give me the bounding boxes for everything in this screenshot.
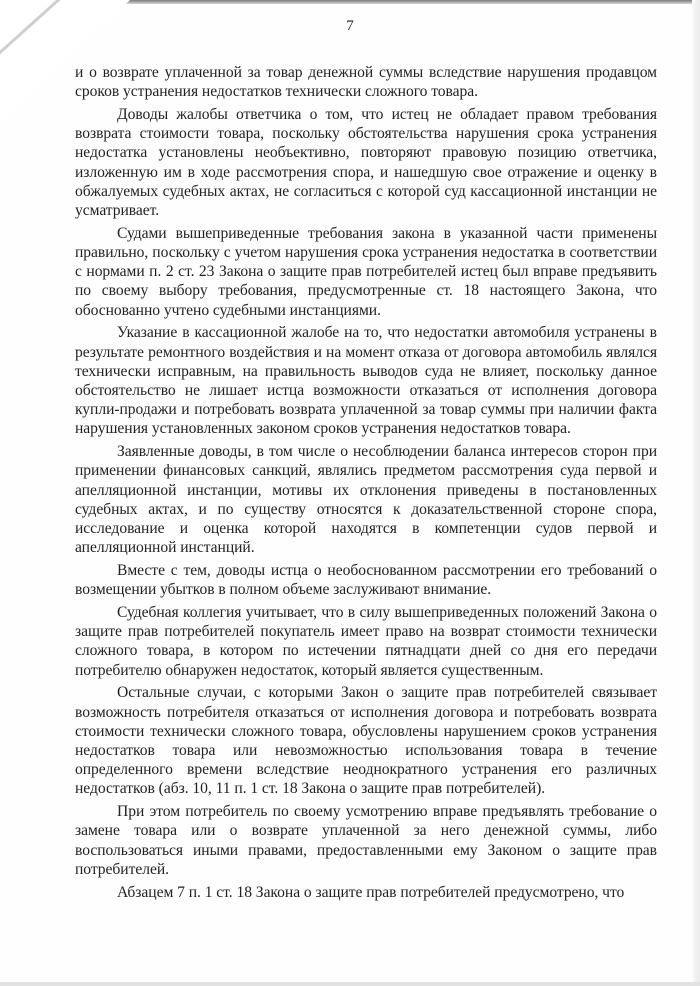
paragraph: Остальные случаи, с которыми Закон о защ… (75, 683, 657, 798)
paragraph: Судами вышеприведенные требования закона… (75, 224, 657, 320)
paragraph: Вместе с тем, доводы истца о необоснован… (75, 561, 657, 599)
scan-bottom-edge (0, 982, 700, 986)
scan-right-edge (692, 0, 700, 986)
scanned-document-page: 7 и о возврате уплаченной за товар денеж… (0, 0, 700, 986)
document-body: и о возврате уплаченной за товар денежно… (75, 63, 657, 905)
paragraph: Абзацем 7 п. 1 ст. 18 Закона о защите пр… (75, 883, 657, 902)
paragraph: Указание в кассационной жалобе на то, чт… (75, 323, 657, 438)
paragraph: Доводы жалобы ответчика о том, что истец… (75, 105, 657, 220)
paragraph: При этом потребитель по своему усмотрени… (75, 802, 657, 879)
paragraph: Заявленные доводы, в том числе о несоблю… (75, 442, 657, 557)
paragraph: Судебная коллегия учитывает, что в силу … (75, 603, 657, 680)
page-number: 7 (0, 18, 700, 35)
paragraph-continued: и о возврате уплаченной за товар денежно… (75, 63, 657, 101)
